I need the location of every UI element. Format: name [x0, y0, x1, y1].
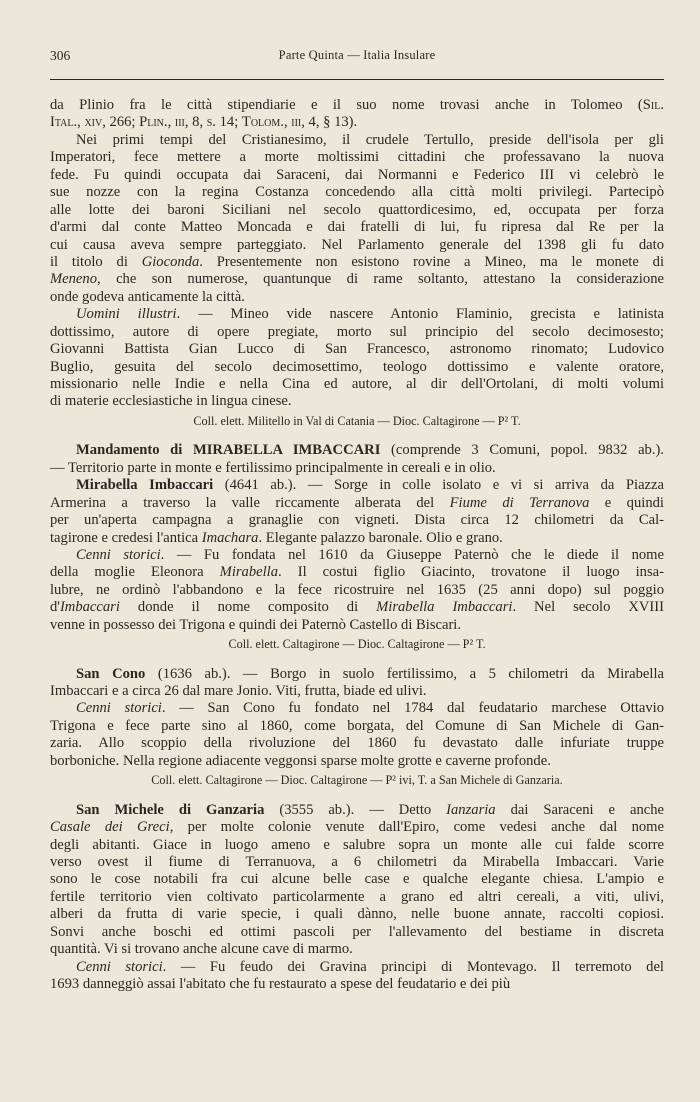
page-body: da Plinio fra le città stipendiarie e il…	[50, 97, 664, 993]
text-line: d'Imbaccari donde il nome composito di M…	[50, 599, 664, 616]
text-line: degli abitanti. Giace in luogo ameno e s…	[50, 837, 664, 854]
paragraph: Nei primi tempi del Cristianesimo, il cr…	[50, 132, 664, 306]
text-line: zaria. Allo scoppio della rivoluzione de…	[50, 735, 664, 752]
header-rule	[50, 79, 664, 80]
text-line: missionario nelle Indie e nella Cina ed …	[50, 376, 664, 393]
entry-san-michele-di-ganzaria: San Michele di Ganzaria (3555 ab.). — De…	[50, 802, 664, 959]
text-line: fede. Fu quindi occupata dai Saraceni, d…	[50, 167, 664, 184]
text-line: Ital., xiv, 266; Plin., iii, 8, s. 14; T…	[50, 114, 664, 131]
text-line: Armerina a traverso la valle riccamente …	[50, 495, 664, 512]
text-line: Buglio, gesuita del secolo decimosettimo…	[50, 359, 664, 376]
text-line: per un'aperta campagna a granaglie con v…	[50, 512, 664, 529]
text-line: quantità. Vi si trovano anche alcune cav…	[50, 941, 664, 958]
text-line: alle lotte dei baroni Siciliani nel seco…	[50, 202, 664, 219]
text-line: venne in possesso dei Trigona e quindi d…	[50, 617, 664, 634]
text-line: sono le cose notabili fra cui alcune bel…	[50, 871, 664, 888]
text-line: cui causa aveva sempre parteggiato. Nel …	[50, 237, 664, 254]
text-line: Giovanni Battista Gian Lucco di San Fran…	[50, 341, 664, 358]
text-line: lubre, ne ordinò l'abbandono e la fece r…	[50, 582, 664, 599]
text-line: Cenni storici. — San Cono fu fondato nel…	[50, 700, 664, 717]
text-line: dottissimo, autore di opere pregiate, mo…	[50, 324, 664, 341]
paragraph-cenni-storici: Cenni storici. — Fu feudo dei Gravina pr…	[50, 959, 664, 994]
text-line: d'armi dal conte Matteo Moncada e dai fr…	[50, 219, 664, 236]
paragraph-cenni-storici: Cenni storici. — San Cono fu fondato nel…	[50, 700, 664, 770]
entry-mirabella-imbaccari: Mirabella Imbaccari (4641 ab.). — Sorge …	[50, 477, 664, 547]
text-line: Cenni storici. — Fu feudo dei Gravina pr…	[50, 959, 664, 976]
text-line: il titolo di Gioconda. Presentemente non…	[50, 254, 664, 271]
mandamento-heading: Mandamento di MIRABELLA IMBACCARI (compr…	[50, 442, 664, 477]
paragraph-uomini-illustri: Uomini illustri. — Mineo vide nascere An…	[50, 306, 664, 411]
text-line: San Cono (1636 ab.). — Borgo in suolo fe…	[50, 666, 664, 683]
text-line: Nei primi tempi del Cristianesimo, il cr…	[50, 132, 664, 149]
text-line: fertile territorio vien coltivato partic…	[50, 889, 664, 906]
collegio-note: Coll. elett. Militello in Val di Catania…	[50, 413, 664, 430]
collegio-note: Coll. elett. Caltagirone — Dioc. Caltagi…	[50, 772, 664, 789]
collegio-note: Coll. elett. Caltagirone — Dioc. Caltagi…	[50, 636, 664, 653]
text-line: alberi da frutta di varie specie, i qual…	[50, 906, 664, 923]
text-line: — Territorio parte in monte e fertilissi…	[50, 460, 664, 477]
paragraph-continuation: da Plinio fra le città stipendiarie e il…	[50, 97, 664, 132]
text-line: San Michele di Ganzaria (3555 ab.). — De…	[50, 802, 664, 819]
text-line: Trigona e fece parte sino al 1860, come …	[50, 718, 664, 735]
text-line: Imbaccari e a circa 26 dal mare Jonio. V…	[50, 683, 664, 700]
entry-san-cono: San Cono (1636 ab.). — Borgo in suolo fe…	[50, 666, 664, 701]
text-line: Cenni storici. — Fu fondata nel 1610 da …	[50, 547, 664, 564]
text-line: verso ovest il fiume di Terranuova, a 6 …	[50, 854, 664, 871]
text-line: Casale dei Greci, per molte colonie venu…	[50, 819, 664, 836]
text-line: 1693 danneggiò assai l'abitato che fu re…	[50, 976, 664, 993]
text-line: sue nozze con la regina Costanza concede…	[50, 184, 664, 201]
text-line: Mandamento di MIRABELLA IMBACCARI (compr…	[50, 442, 664, 459]
text-line: Uomini illustri. — Mineo vide nascere An…	[50, 306, 664, 323]
paragraph-cenni-storici: Cenni storici. — Fu fondata nel 1610 da …	[50, 547, 664, 634]
text-line: Mirabella Imbaccari (4641 ab.). — Sorge …	[50, 477, 664, 494]
text-line: da Plinio fra le città stipendiarie e il…	[50, 97, 664, 114]
text-line: Sonvi anche boschi ed ottimi pascoli per…	[50, 924, 664, 941]
text-line: di materie ecclesiastiche in lingua cine…	[50, 393, 664, 410]
text-line: onde godeva anticamente la città.	[50, 289, 664, 306]
text-line: della moglie Eleonora Mirabella. Il cost…	[50, 564, 664, 581]
text-line: Meneno, che son numerose, quantunque di …	[50, 271, 664, 288]
running-title: Parte Quinta — Italia Insulare	[50, 48, 664, 63]
text-line: Imperatori, fece mettere a morte moltiss…	[50, 149, 664, 166]
page-header: 306 Parte Quinta — Italia Insulare	[50, 48, 664, 68]
text-line: tagirone e credesi l'antica Imachara. El…	[50, 530, 664, 547]
text-line: borboniche. Nella regione adiacente vegg…	[50, 753, 664, 770]
